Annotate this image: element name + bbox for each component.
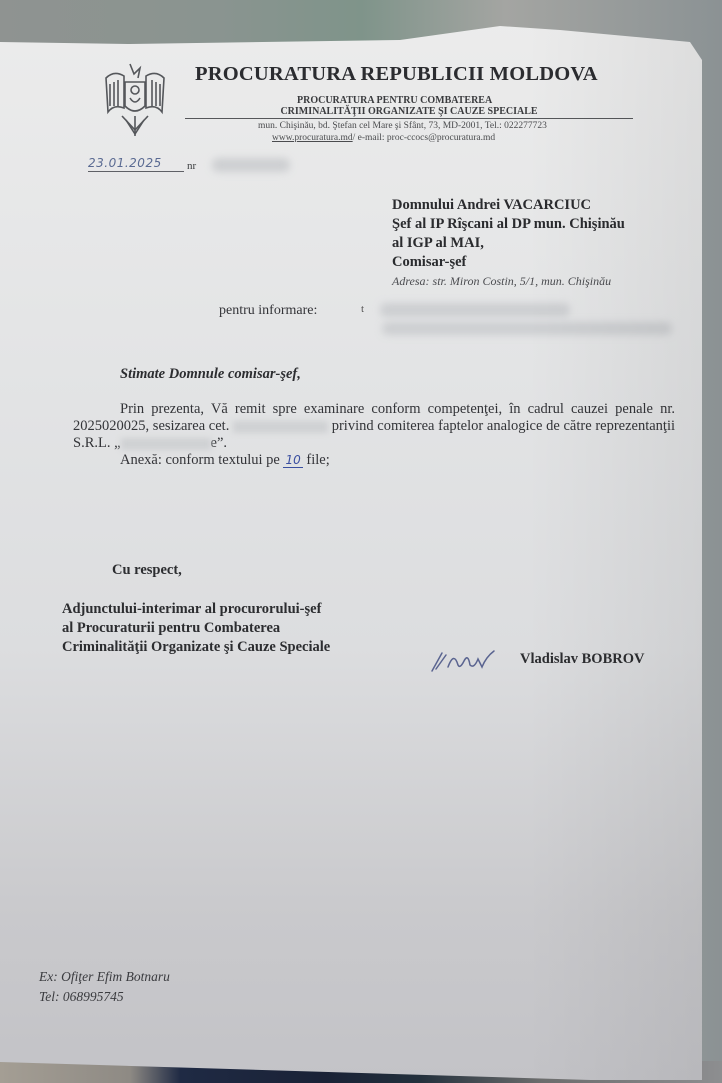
institution-title: PROCURATURA REPUBLICII MOLDOVA — [195, 63, 598, 86]
closing-regards: Cu respect, — [112, 562, 182, 579]
executor-phone: Tel: 068995745 — [39, 987, 170, 1007]
redacted-cc-line-2 — [382, 322, 672, 335]
executor-name: Ex: Ofiţer Efim Botnaru — [39, 967, 170, 987]
signer-title: Adjunctului-interimar al procurorului-şe… — [62, 600, 330, 657]
redacted-citizen-name — [233, 421, 328, 433]
addressee-address: Adresa: str. Miron Costin, 5/1, mun. Chi… — [392, 272, 625, 290]
addressee-line-2: Şef al IP Rîşcani al DP mun. Chişinău — [392, 215, 625, 234]
redacted-reference-number — [212, 158, 290, 172]
handwritten-signature-icon — [428, 645, 498, 675]
addressee-line-1: Domnului Andrei VACARCIUC — [392, 196, 625, 215]
reference-number-label: nr — [187, 160, 196, 172]
annex-page-count: 10 — [283, 453, 302, 468]
annex-prefix: Anexă: conform textului pe — [120, 452, 280, 468]
website-link[interactable]: www.procuratura.md — [272, 133, 353, 143]
paragraph-text-2: privind comiterea faptelor analogice de … — [73, 418, 675, 451]
paragraph-text-3: e”. — [211, 435, 228, 451]
annex-line: Anexă: conform textului pe 10 file; — [73, 452, 675, 469]
annex-suffix: file; — [306, 452, 329, 468]
institution-contacts: www.procuratura.md/ e-mail: proc-ccocs@p… — [272, 133, 495, 143]
paragraph-text-1: Prin prezenta, Vă remit spre examinare c… — [73, 401, 675, 434]
addressee-block: Domnului Andrei VACARCIUC Şef al IP Rîşc… — [392, 196, 625, 290]
cc-label: pentru informare: — [219, 303, 317, 319]
institution-address: mun. Chişinău, bd. Ştefan cel Mare şi Sf… — [258, 121, 547, 131]
addressee-line-4: Comisar-şef — [392, 253, 625, 272]
main-paragraph: Prin prezenta, Vă remit spre examinare c… — [73, 401, 675, 452]
signer-title-line-3: Criminalităţii Organizate şi Cauze Speci… — [62, 638, 330, 657]
moldova-coat-of-arms-icon — [100, 60, 170, 138]
department-line-2: CRIMINALITĂŢII ORGANIZATE ŞI CAUZE SPECI… — [185, 106, 633, 119]
redacted-cc-line-1 — [380, 303, 570, 317]
signer-name: Vladislav BOBROV — [520, 651, 644, 668]
signer-title-line-2: al Procuraturii pentru Combaterea — [62, 619, 330, 638]
addressee-line-3: al IGP al MAI, — [392, 234, 625, 253]
letter-body: Prin prezenta, Vă remit spre examinare c… — [73, 401, 675, 469]
email-text: / e-mail: proc-ccocs@procuratura.md — [353, 133, 495, 143]
document-page: PROCURATURA REPUBLICII MOLDOVA PROCURATU… — [0, 0, 702, 1080]
cc-marker: t — [361, 303, 364, 315]
department-line-1: PROCURATURA PENTRU COMBATEREA — [297, 95, 492, 106]
signer-title-line-1: Adjunctului-interimar al procurorului-şe… — [62, 600, 330, 619]
executor-block: Ex: Ofiţer Efim Botnaru Tel: 068995745 — [39, 967, 170, 1007]
handwritten-date: 23.01.2025 — [88, 156, 184, 172]
redacted-company-name — [121, 438, 211, 450]
salutation: Stimate Domnule comisar-şef, — [120, 366, 301, 383]
